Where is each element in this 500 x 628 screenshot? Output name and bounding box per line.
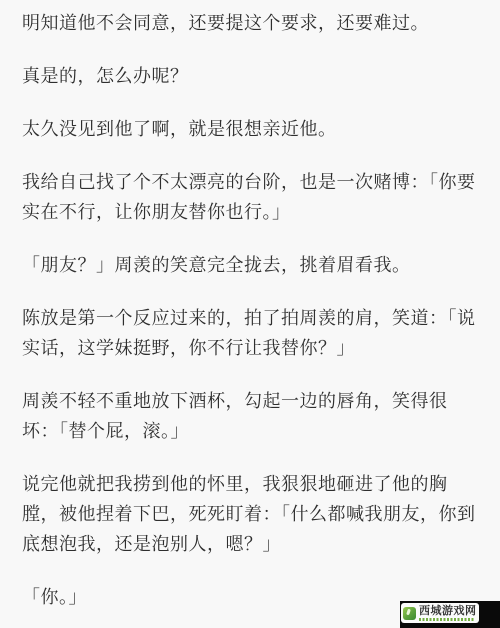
story-paragraph: 我给自己找了个不太漂亮的台阶，也是一次赌博：「你要实在不行，让你朋友替你也行。」	[22, 167, 480, 227]
watermark-tagline	[419, 618, 475, 621]
story-paragraph: 明知道他不会同意，还要提这个要求，还要难过。	[22, 8, 480, 38]
story-paragraph: 太久没见到他了啊，就是很想亲近他。	[22, 114, 480, 144]
story-paragraph: 「朋友？」周羡的笑意完全拢去，挑着眉看我。	[22, 250, 480, 280]
story-paragraph: 说完他就把我捞到他的怀里，我狠狠地砸进了他的胸膛，被他捏着下巴，死死盯着：「什么…	[22, 469, 480, 559]
watermark-badge: 西城游戏网	[401, 603, 479, 623]
story-paragraph: 周羡不轻不重地放下酒杯，勾起一边的唇角，笑得很坏：「替个屁，滚。」	[22, 386, 480, 446]
watermark-text-column: 西城游戏网	[419, 605, 477, 621]
watermark: 西城游戏网	[400, 601, 500, 628]
story-text-page: 明知道他不会同意，还要提这个要求，还要难过。 真是的，怎么办呢？ 太久没见到他了…	[0, 0, 500, 612]
story-paragraph: 真是的，怎么办呢？	[22, 61, 480, 91]
watermark-site-name: 西城游戏网	[419, 605, 477, 617]
watermark-logo-icon	[403, 607, 416, 620]
story-paragraph: 陈放是第一个反应过来的，拍了拍周羡的肩，笑道：「说实话，这学妹挺野，你不行让我替…	[22, 303, 480, 363]
